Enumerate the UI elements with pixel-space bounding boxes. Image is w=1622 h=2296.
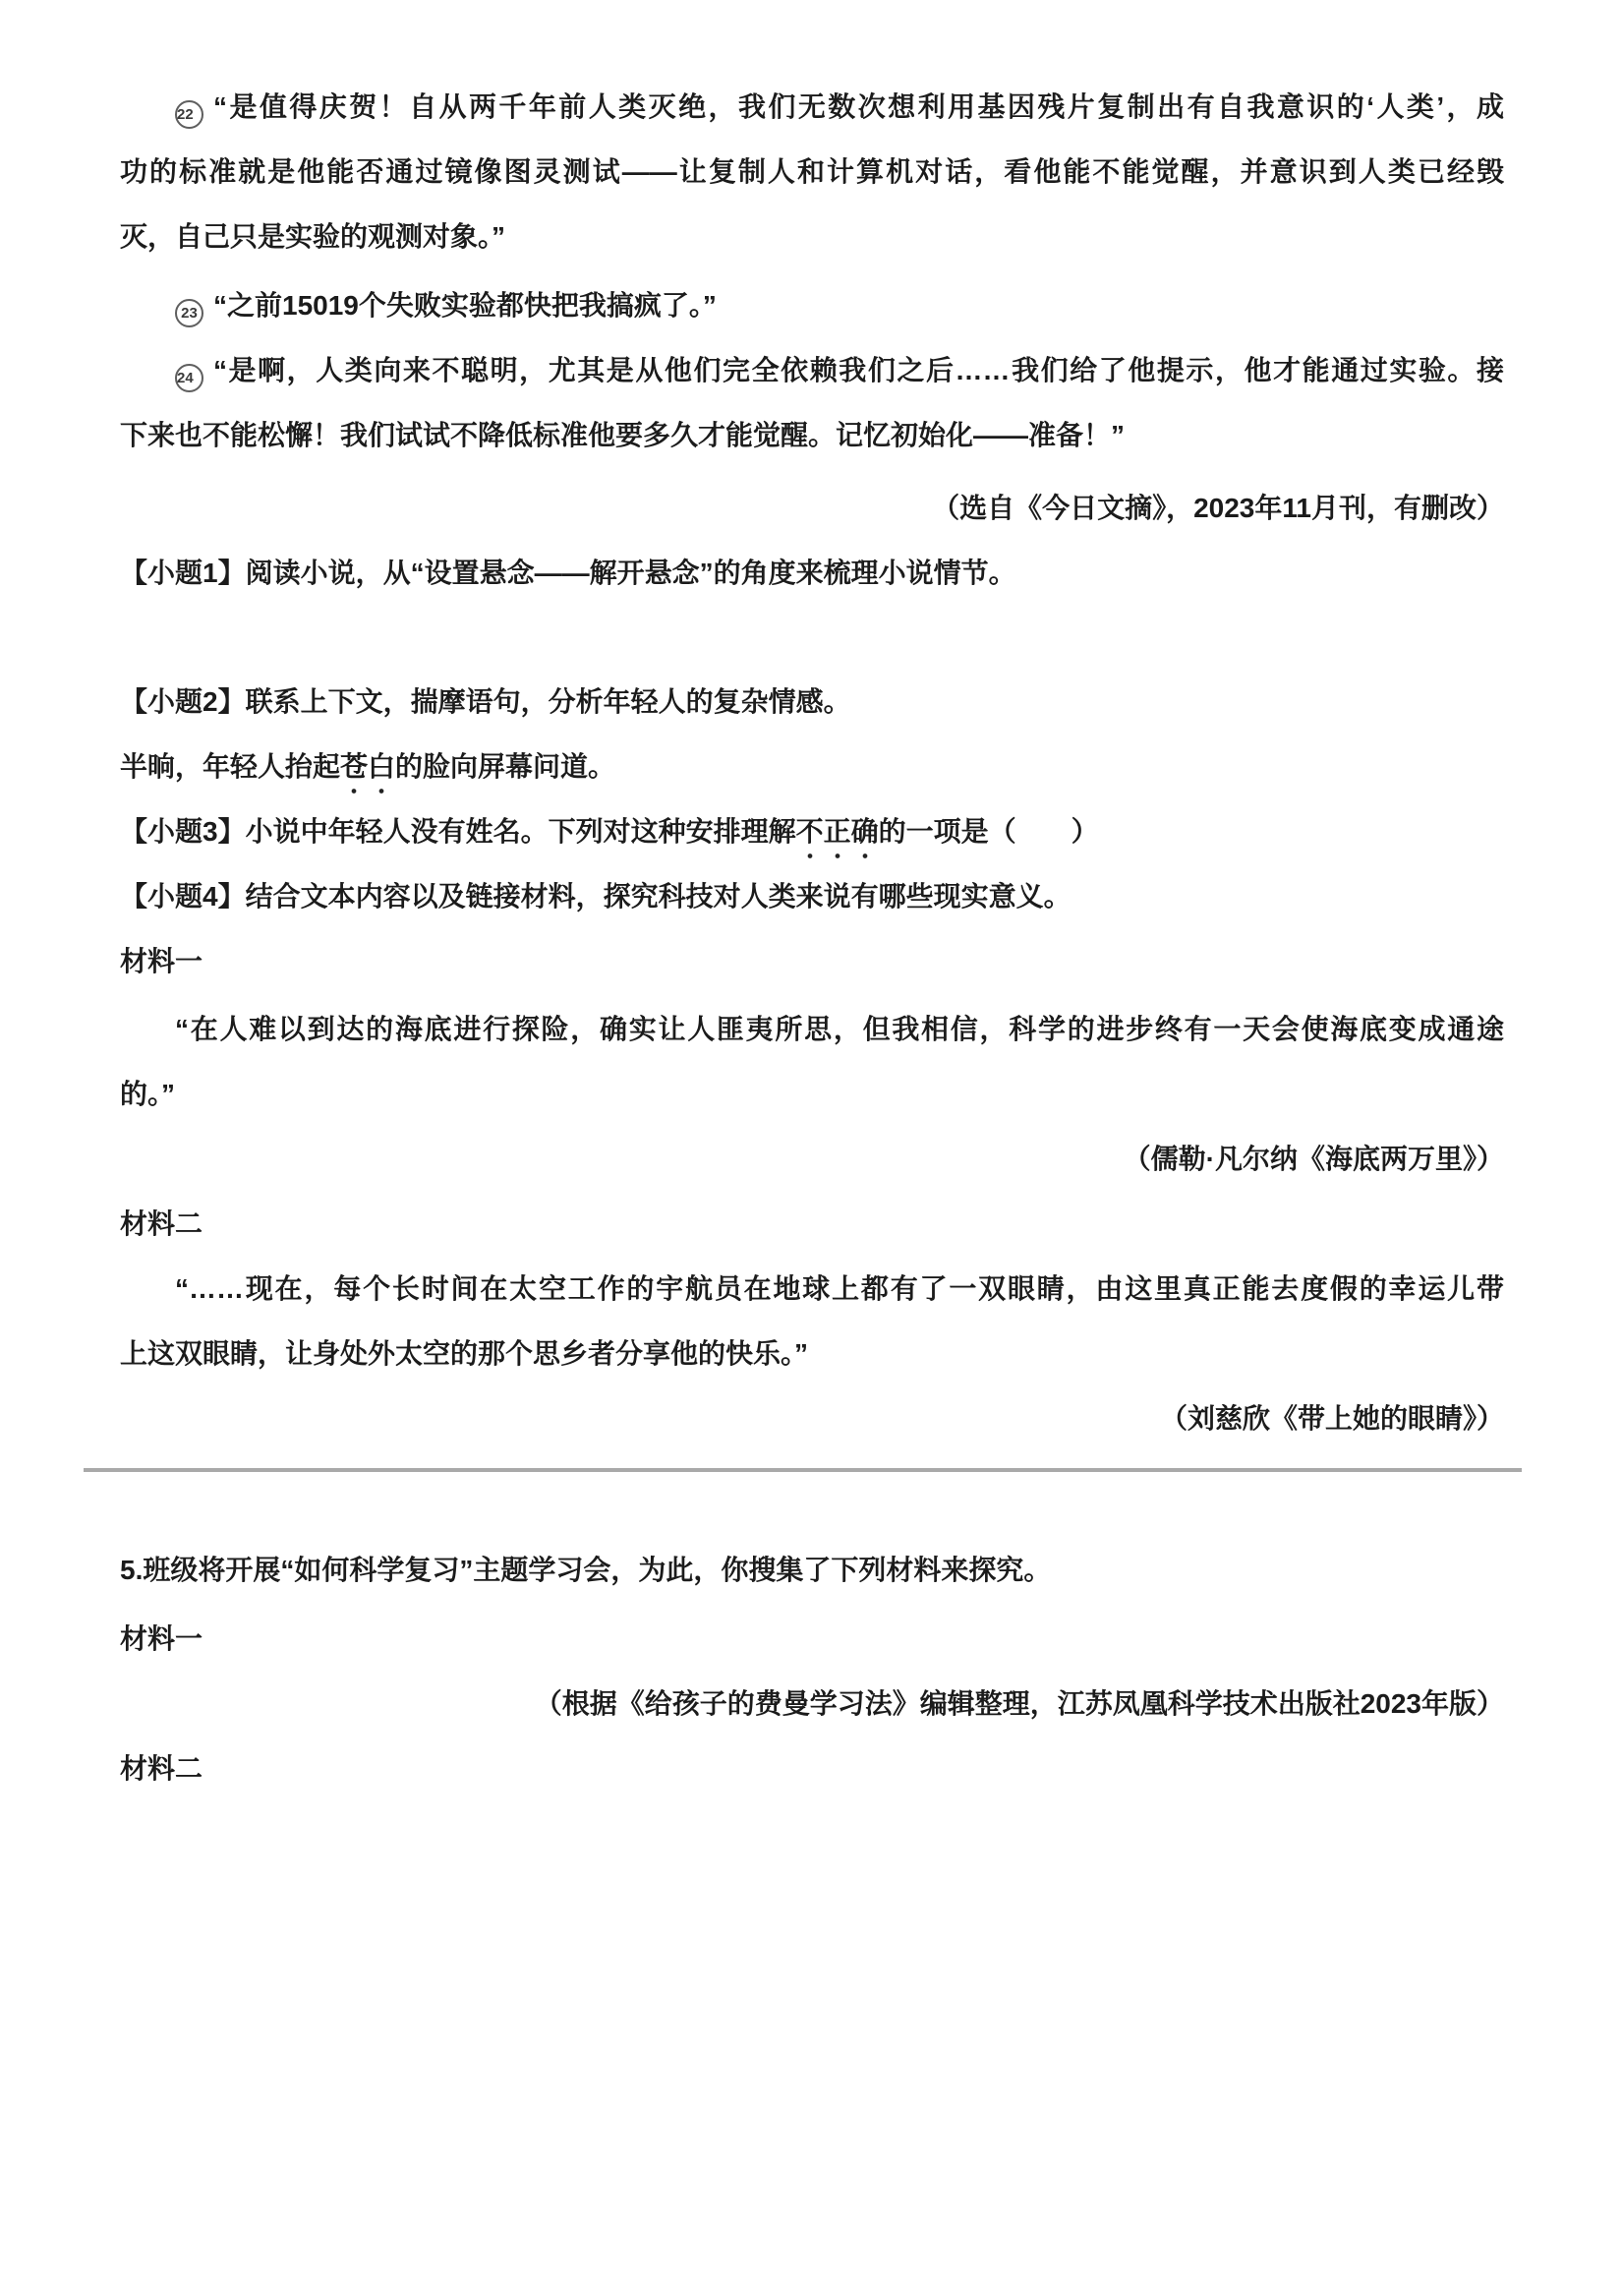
story-para24-line2: 下来也不能松懈！我们试试不降低标准他要多久才能觉醒。记忆初始化——准备！” [120, 403, 1504, 468]
circled-number-24: 24 [175, 364, 203, 392]
material-2-label: 材料二 [120, 1192, 1504, 1257]
story-para22-line2: 功的标准就是他能否通过镜像图灵测试——让复制人和计算机对话，看他能不能觉醒，并意… [120, 140, 1504, 205]
story-para22-line3: 灭，自己只是实验的观测对象。” [120, 205, 1504, 269]
question-3-post: 的一项是（ ） [879, 816, 1099, 847]
story-para22-line1: 22“是值得庆贺！自从两千年前人类灭绝，我们无数次想利用基因残片复制出有自我意识… [120, 75, 1504, 140]
story-para24-line1: 24“是啊，人类向来不聪明，尤其是从他们完全依赖我们之后……我们给了他提示，他才… [120, 338, 1504, 403]
material-1-label: 材料一 [120, 929, 1504, 994]
material-2-line2: 上这双眼睛，让身处外太空的那个思乡者分享他的快乐。” [120, 1322, 1504, 1386]
exam-document-page: 22“是值得庆贺！自从两千年前人类灭绝，我们无数次想利用基因残片复制出有自我意识… [0, 0, 1622, 1801]
story-source-citation: （选自《今日文摘》，2023年11月刊，有删改） [120, 476, 1504, 541]
story-para22-line1-text: “是值得庆贺！自从两千年前人类灭绝，我们无数次想利用基因残片复制出有自我意识的‘… [213, 91, 1504, 122]
story-para23-text: “之前15019个失败实验都快把我搞疯了。” [213, 290, 717, 321]
circled-number-23: 23 [175, 299, 203, 327]
question-3: 【小题3】小说中年轻人没有姓名。下列对这种安排理解不正确的一项是（ ） [120, 799, 1504, 864]
story-para24-line1-text: “是啊，人类向来不聪明，尤其是从他们完全依赖我们之后……我们给了他提示，他才能通… [213, 355, 1504, 385]
material-1-line1: “在人难以到达的海底进行探险，确实让人匪夷所思，但我相信，科学的进步终有一天会使… [120, 997, 1504, 1062]
task-5-material-2-label: 材料二 [120, 1737, 1504, 1801]
question-2: 【小题2】联系上下文，揣摩语句，分析年轻人的复杂情感。 [120, 670, 1504, 735]
section-divider [84, 1468, 1522, 1472]
task-5-intro: 5.班级将开展“如何科学复习”主题学习会，为此，你搜集了下列材料来探究。 [120, 1538, 1504, 1603]
question-2-quote-emphasis: 苍白 [340, 751, 395, 795]
material-1-source: （儒勒·凡尔纳《海底两万里》） [120, 1127, 1504, 1192]
question-3-emphasis: 不正确 [796, 816, 879, 859]
question-2-quote-post: 的脸向屏幕问道。 [395, 751, 615, 782]
material-1-line2: 的。” [120, 1062, 1504, 1127]
story-para23-line: 23“之前15019个失败实验都快把我搞疯了。” [120, 273, 1504, 338]
question-1: 【小题1】阅读小说，从“设置悬念——解开悬念”的角度来梳理小说情节。 [120, 541, 1504, 606]
task-5-material-1-label: 材料一 [120, 1607, 1504, 1672]
task-5-material-1-source: （根据《给孩子的费曼学习法》编辑整理，江苏凤凰科学技术出版社2023年版） [120, 1672, 1504, 1737]
material-2-line1: “……现在，每个长时间在太空工作的宇航员在地球上都有了一双眼睛，由这里真正能去度… [120, 1257, 1504, 1322]
question-2-quote: 半晌，年轻人抬起苍白的脸向屏幕问道。 [120, 735, 1504, 799]
question-2-quote-pre: 半晌，年轻人抬起 [120, 751, 340, 782]
material-2-source: （刘慈欣《带上她的眼睛》） [120, 1386, 1504, 1451]
circled-number-22: 22 [175, 100, 203, 129]
question-3-pre: 【小题3】小说中年轻人没有姓名。下列对这种安排理解 [120, 816, 796, 847]
question-4: 【小题4】结合文本内容以及链接材料，探究科技对人类来说有哪些现实意义。 [120, 864, 1504, 929]
